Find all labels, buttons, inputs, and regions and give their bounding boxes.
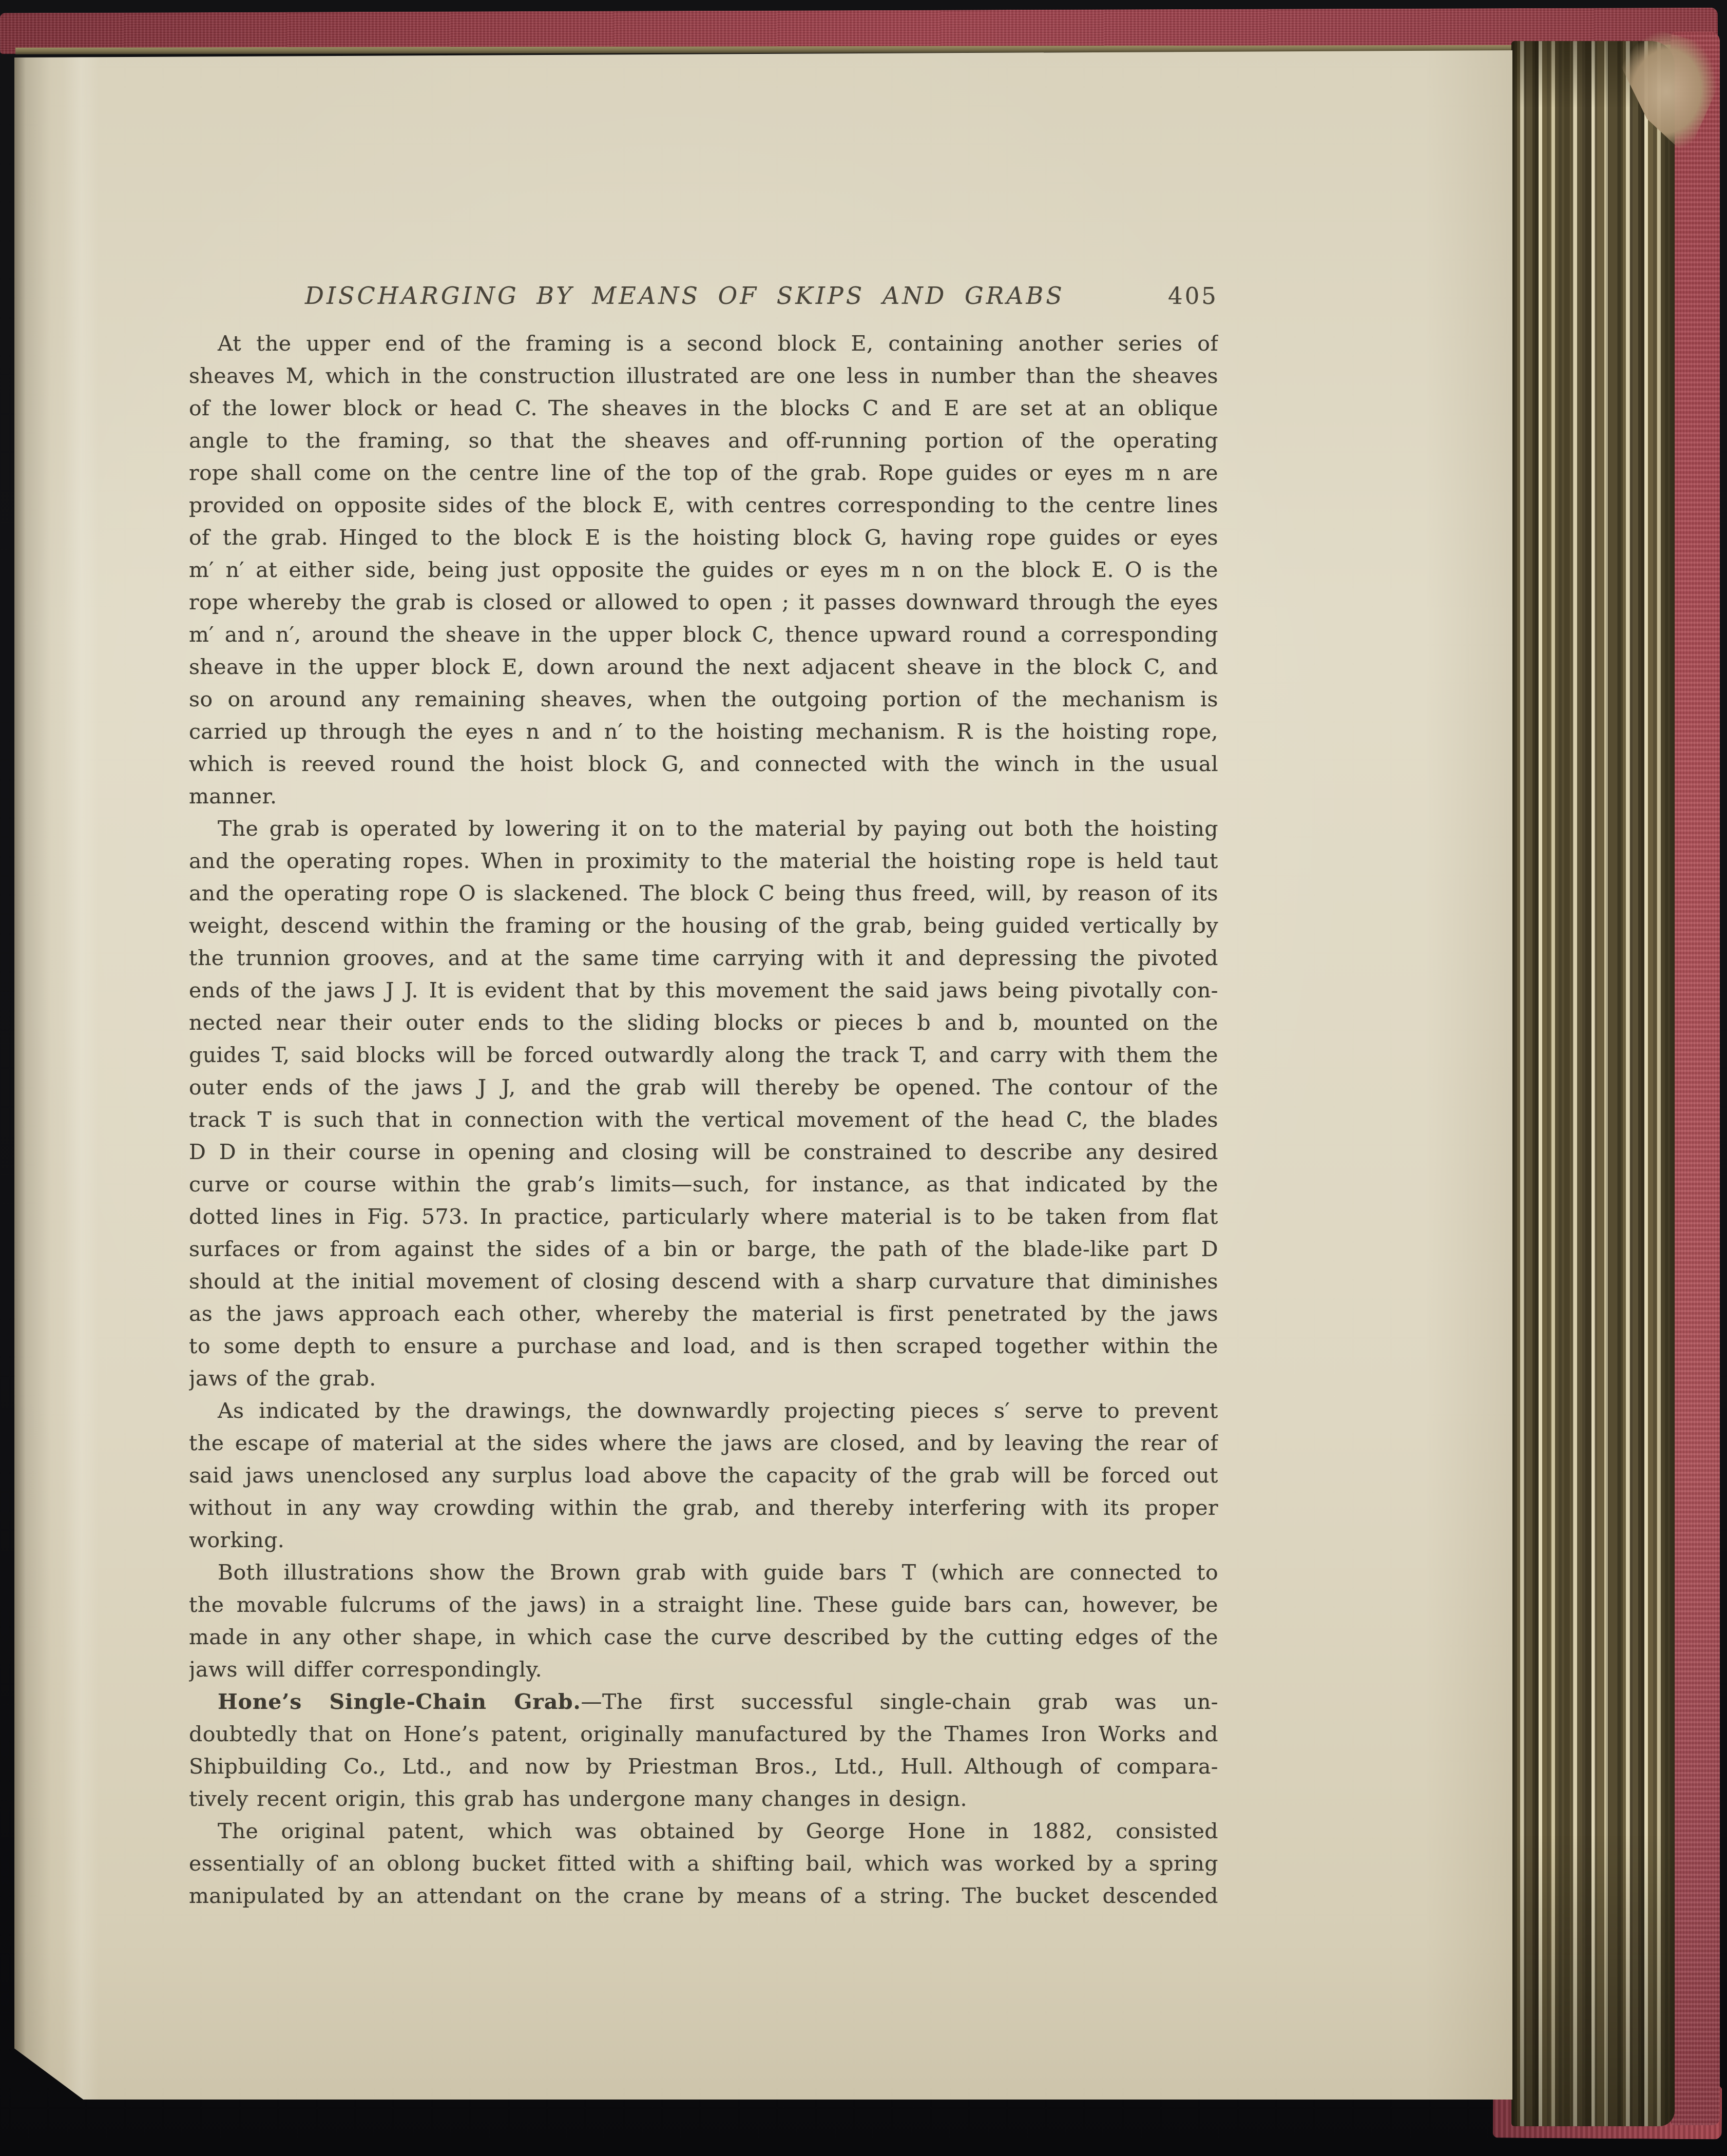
- text-line: dotted lines in Fig. 573. In practice, p…: [189, 1201, 1218, 1233]
- text-line: outer ends of the jaws J J, and the grab…: [189, 1071, 1218, 1104]
- page-number: 405: [1168, 282, 1218, 310]
- text-line: doubtedly that on Hone’s patent, origina…: [189, 1718, 1218, 1750]
- text-line: curve or course within the grab’s limits…: [189, 1168, 1218, 1201]
- text-line: said jaws unenclosed any surplus load ab…: [189, 1459, 1218, 1492]
- paragraph: At the upper end of the framing is a sec…: [189, 328, 1218, 813]
- text-line: track T is such that in connection with …: [189, 1104, 1218, 1136]
- text-line: the escape of material at the sides wher…: [189, 1427, 1218, 1459]
- text-line: without in any way crowding within the g…: [189, 1492, 1218, 1524]
- text-line: which is reeved round the hoist block G,…: [189, 748, 1218, 780]
- text-line: of the lower block or head C. The sheave…: [189, 392, 1218, 425]
- text-line: Hone’s Single-Chain Grab.—The first succ…: [189, 1686, 1218, 1718]
- text-line: m′ n′ at either side, being just opposit…: [189, 554, 1218, 586]
- text-line: The original patent, which was obtained …: [189, 1815, 1218, 1847]
- text-line: jaws will differ correspondingly.: [189, 1653, 1218, 1686]
- page-body: At the upper end of the framing is a sec…: [189, 328, 1218, 1912]
- text-line: As indicated by the drawings, the downwa…: [189, 1395, 1218, 1427]
- text-line: ends of the jaws J J. It is evident that…: [189, 974, 1218, 1007]
- text-line: tively recent origin, this grab has unde…: [189, 1783, 1218, 1815]
- text-line: essentially of an oblong bucket fitted w…: [189, 1847, 1218, 1880]
- text-line: Shipbuilding Co., Ltd., and now by Pries…: [189, 1750, 1218, 1783]
- book-cover-right-edge: [1671, 32, 1720, 2125]
- text-line: sheave in the upper block E, down around…: [189, 651, 1218, 683]
- text-line: the movable fulcrums of the jaws) in a s…: [189, 1589, 1218, 1621]
- running-header-title: DISCHARGING BY MEANS OF SKIPS AND GRABS: [305, 280, 1065, 311]
- text-line: nected near their outer ends to the slid…: [189, 1007, 1218, 1039]
- text-line: surfaces or from against the sides of a …: [189, 1233, 1218, 1265]
- text-line: angle to the framing, so that the sheave…: [189, 425, 1218, 457]
- paragraph: Hone’s Single-Chain Grab.—The first succ…: [189, 1686, 1218, 1815]
- text-line: made in any other shape, in which case t…: [189, 1621, 1218, 1653]
- text-line: of the grab. Hinged to the block E is th…: [189, 522, 1218, 554]
- paragraph: As indicated by the drawings, the downwa…: [189, 1395, 1218, 1556]
- text-line: The grab is operated by lowering it on t…: [189, 813, 1218, 845]
- text-line: manipulated by an attendant on the crane…: [189, 1880, 1218, 1912]
- text-line: so on around any remaining sheaves, when…: [189, 683, 1218, 716]
- text-line: and the operating rope O is slackened. T…: [189, 877, 1218, 910]
- text-line: At the upper end of the framing is a sec…: [189, 328, 1218, 360]
- text-line: provided on opposite sides of the block …: [189, 489, 1218, 522]
- paragraph: Both illustrations show the Brown grab w…: [189, 1556, 1218, 1686]
- text-line: weight, descend within the framing or th…: [189, 910, 1218, 942]
- book-photograph: DISCHARGING BY MEANS OF SKIPS AND GRABS …: [0, 0, 1727, 2156]
- text-line: manner.: [189, 780, 1218, 813]
- text-line: guides T, said blocks will be forced out…: [189, 1039, 1218, 1071]
- text-line: rope shall come on the centre line of th…: [189, 457, 1218, 489]
- text-line: rope whereby the grab is closed or allow…: [189, 586, 1218, 619]
- text-line: as the jaws approach each other, whereby…: [189, 1298, 1218, 1330]
- text-line: m′ and n′, around the sheave in the uppe…: [189, 619, 1218, 651]
- text-line: the trunnion grooves, and at the same ti…: [189, 942, 1218, 974]
- text-line: and the operating ropes. When in proximi…: [189, 845, 1218, 877]
- text-line: should at the initial movement of closin…: [189, 1265, 1218, 1298]
- text-line: D D in their course in opening and closi…: [189, 1136, 1218, 1168]
- running-header: DISCHARGING BY MEANS OF SKIPS AND GRABS …: [189, 280, 1218, 311]
- book-page: DISCHARGING BY MEANS OF SKIPS AND GRABS …: [14, 50, 1512, 2100]
- paragraph: The original patent, which was obtained …: [189, 1815, 1218, 1912]
- text-line: carried up through the eyes n and n′ to …: [189, 716, 1218, 748]
- page-fore-edge-stack: [1511, 41, 1675, 2126]
- text-line: sheaves M, which in the construction ill…: [189, 360, 1218, 392]
- text-line: jaws of the grab.: [189, 1362, 1218, 1395]
- text-line: to some depth to ensure a purchase and l…: [189, 1330, 1218, 1362]
- text-line: working.: [189, 1524, 1218, 1556]
- paragraph: The grab is operated by lowering it on t…: [189, 813, 1218, 1395]
- text-line: Both illustrations show the Brown grab w…: [189, 1556, 1218, 1589]
- subheading-bold: Hone’s Single-Chain Grab.: [218, 1689, 581, 1714]
